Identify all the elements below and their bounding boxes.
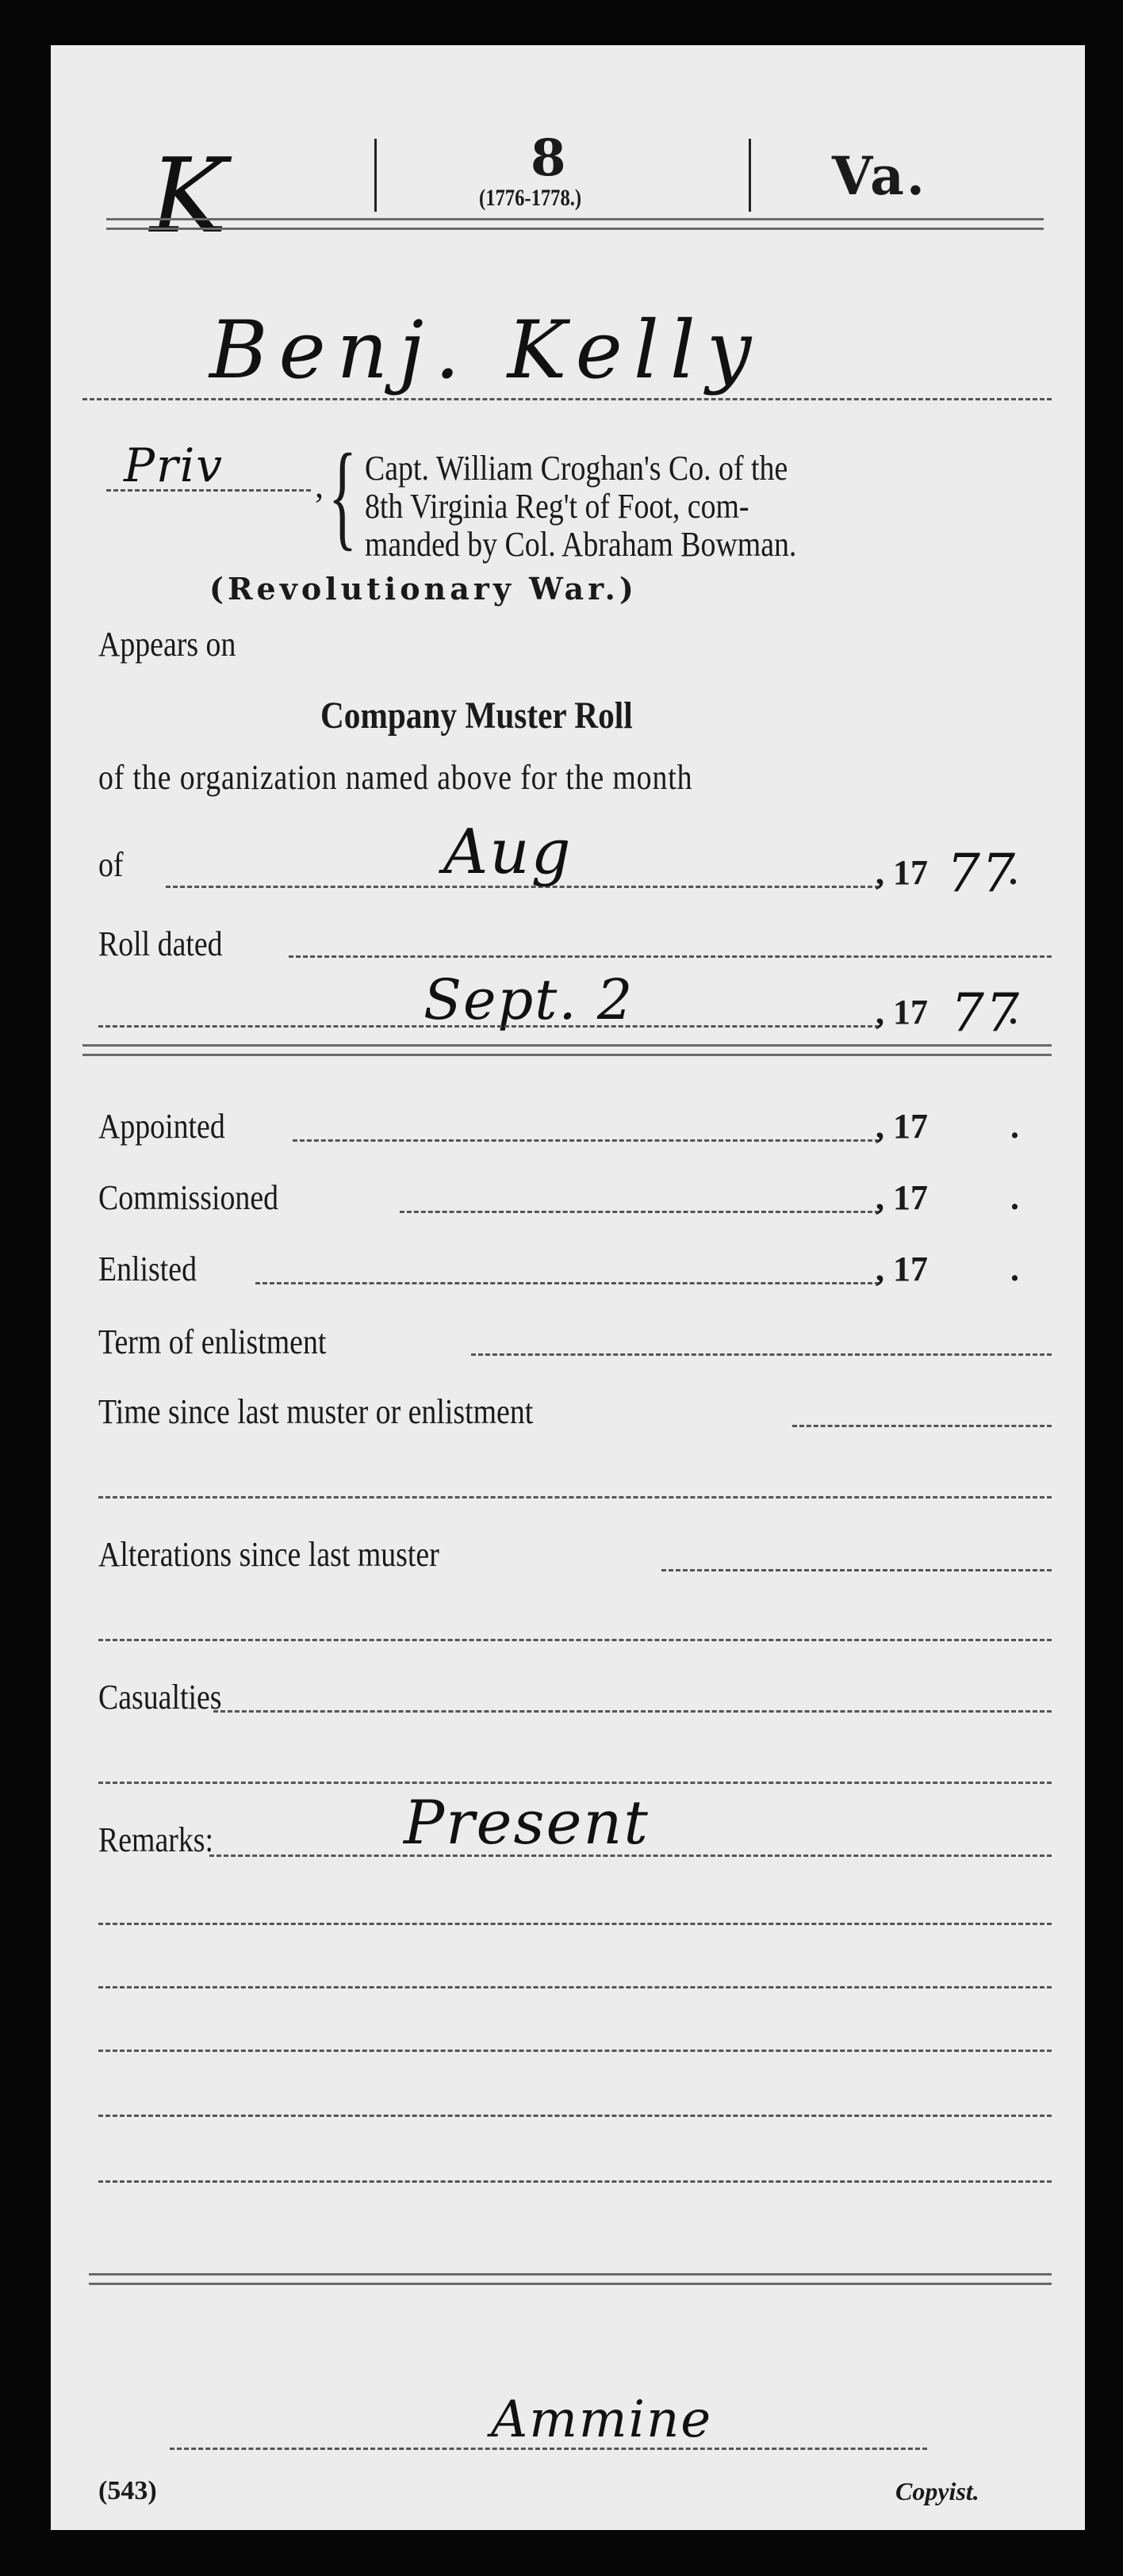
month-end-period: . bbox=[1009, 854, 1018, 892]
time-since-line-2 bbox=[98, 1496, 1052, 1499]
enlisted-end-period: . bbox=[1010, 1250, 1019, 1288]
form-number: (543) bbox=[98, 2475, 157, 2507]
remarks-line-6 bbox=[98, 2180, 1052, 2183]
alterations-label: Alterations since last muster bbox=[98, 1536, 439, 1574]
unit-line-2: 8th Virginia Reg't of Foot, com- bbox=[365, 488, 749, 526]
copyist-label: Copyist. bbox=[895, 2475, 979, 2507]
bottom-double-rule bbox=[89, 2273, 1052, 2285]
month-label: of bbox=[98, 846, 124, 884]
term-label: Term of enlistment bbox=[98, 1323, 326, 1361]
remarks-line-3 bbox=[98, 1986, 1052, 1988]
rank-line bbox=[106, 489, 311, 492]
enlisted-label: Enlisted bbox=[98, 1250, 197, 1288]
month-year-suffix: 77 bbox=[947, 846, 1017, 901]
organization-text: of the organization named above for the … bbox=[98, 759, 692, 797]
commissioned-year-prefix: , 17 bbox=[876, 1179, 928, 1217]
appointed-year-prefix: , 17 bbox=[876, 1108, 928, 1146]
remarks-line-1 bbox=[209, 1854, 1052, 1857]
casualties-line-2 bbox=[98, 1782, 1052, 1784]
remarks-line-2 bbox=[98, 1923, 1052, 1925]
appointed-label: Appointed bbox=[98, 1108, 225, 1146]
state-abbrev: Va. bbox=[832, 148, 927, 204]
regiment-number: 8 bbox=[531, 131, 569, 186]
unit-brace: { bbox=[328, 432, 357, 559]
header-double-rule bbox=[106, 218, 1044, 230]
roll-dated-line-1 bbox=[289, 955, 1052, 958]
roll-dated-year-prefix: , 17 bbox=[876, 993, 928, 1032]
appointed-end-period: . bbox=[1010, 1108, 1019, 1146]
roll-type-title: Company Muster Roll bbox=[320, 695, 633, 737]
casualties-line-1 bbox=[213, 1710, 1052, 1713]
month-value: Aug bbox=[443, 818, 573, 886]
time-since-label: Time since last muster or enlistment bbox=[98, 1393, 533, 1431]
casualties-label: Casualties bbox=[98, 1678, 222, 1717]
roll-dated-label: Roll dated bbox=[98, 925, 223, 963]
roll-dated-value: Sept. 2 bbox=[424, 969, 634, 1031]
enlisted-year-prefix: , 17 bbox=[876, 1250, 928, 1288]
rank-comma: , bbox=[315, 465, 324, 506]
commissioned-end-period: . bbox=[1010, 1179, 1019, 1217]
unit-line-3: manded by Col. Abraham Bowman. bbox=[365, 526, 796, 564]
alterations-line-1 bbox=[661, 1569, 1052, 1571]
time-since-line-1 bbox=[792, 1425, 1052, 1427]
soldier-rank: Priv bbox=[124, 440, 224, 491]
remarks-value: Present bbox=[404, 1789, 650, 1856]
unit-line-1: Capt. William Croghan's Co. of the bbox=[365, 450, 788, 488]
soldier-name: Benj. Kelly bbox=[209, 307, 762, 394]
commissioned-label: Commissioned bbox=[98, 1179, 278, 1217]
appointed-line bbox=[293, 1139, 880, 1142]
mid-double-rule bbox=[82, 1044, 1052, 1056]
index-letter: K bbox=[150, 140, 228, 251]
appears-on-label: Appears on bbox=[98, 626, 236, 664]
remarks-line-5 bbox=[98, 2115, 1052, 2117]
header-divider-right bbox=[749, 139, 751, 212]
roll-dated-end-period: . bbox=[1009, 993, 1018, 1032]
war-title: (Revolutionary War.) bbox=[209, 572, 638, 607]
remarks-line-4 bbox=[98, 2050, 1052, 2052]
remarks-label: Remarks: bbox=[98, 1821, 213, 1859]
name-line bbox=[82, 398, 1052, 400]
copyist-signature: Ammine bbox=[491, 2392, 712, 2448]
muster-roll-card: K 8 (1776-1778.) Va. Benj. Kelly Priv , … bbox=[51, 45, 1085, 2530]
month-year-prefix: , 17 bbox=[876, 854, 928, 892]
term-line bbox=[471, 1353, 1052, 1356]
roll-dated-line-2 bbox=[98, 1025, 880, 1028]
header-divider-left bbox=[374, 139, 377, 212]
enlisted-line bbox=[255, 1282, 880, 1284]
commissioned-line bbox=[400, 1211, 880, 1213]
alterations-line-2 bbox=[98, 1639, 1052, 1641]
regiment-years: (1776-1778.) bbox=[479, 185, 581, 212]
copyist-line bbox=[170, 2448, 927, 2450]
